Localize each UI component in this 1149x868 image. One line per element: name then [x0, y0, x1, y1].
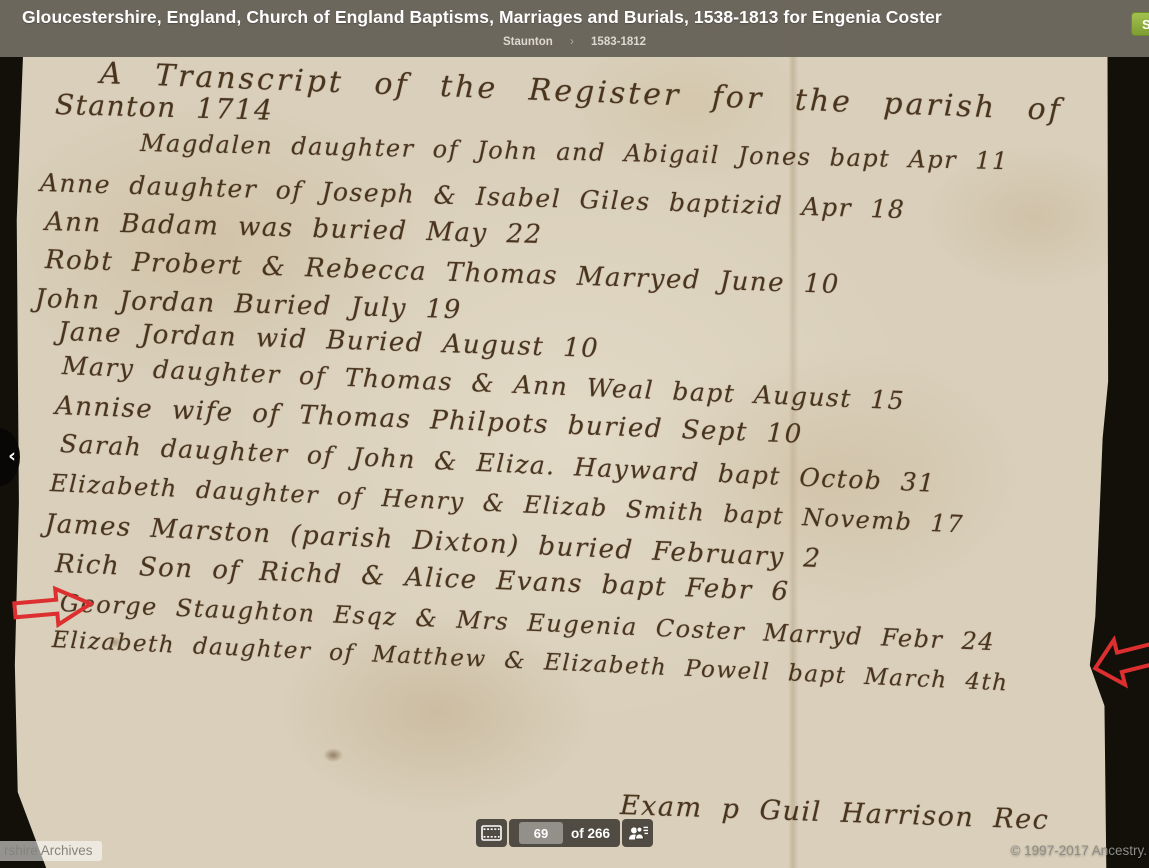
index-panel-button[interactable]	[622, 819, 653, 847]
archive-credit-label: rshire Archives	[0, 841, 102, 861]
page-number-input[interactable]	[519, 822, 563, 844]
filmstrip-toggle-button[interactable]	[476, 819, 507, 847]
people-index-icon	[627, 825, 649, 842]
viewer-header: Gloucestershire, England, Church of Engl…	[0, 0, 1149, 57]
manuscript-line-17: Exam p Guil Harrison Rec	[619, 790, 1049, 836]
red-arrow-pointing-right	[10, 581, 96, 639]
page-navigation: of 266	[509, 819, 620, 847]
breadcrumb-separator-icon: ›	[570, 36, 574, 48]
manuscript-line-3: Magdalen daughter of John and Abigail Jo…	[140, 129, 1009, 175]
breadcrumb-range[interactable]: 1583-1812	[591, 36, 646, 48]
manuscript-line-2: Stanton 1714	[55, 88, 274, 127]
image-toolbar: of 266	[476, 819, 653, 847]
filmstrip-icon	[481, 825, 502, 841]
save-button[interactable]: SAVE	[1131, 12, 1149, 36]
page-title: Gloucestershire, England, Church of Engl…	[22, 7, 942, 28]
manuscript-text-layer: A Transcript of the Register for the par…	[0, 0, 1149, 868]
copyright-label: © 1997-2017 Ancestry.	[1010, 843, 1147, 858]
breadcrumb: Staunton › 1583-1812	[0, 36, 1149, 48]
chevron-left-icon: ‹	[8, 445, 16, 467]
manuscript-line-5: Ann Badam was buried May 22	[45, 207, 543, 250]
breadcrumb-collection[interactable]: Staunton	[503, 36, 553, 48]
page-total-label: of 266	[571, 826, 610, 841]
